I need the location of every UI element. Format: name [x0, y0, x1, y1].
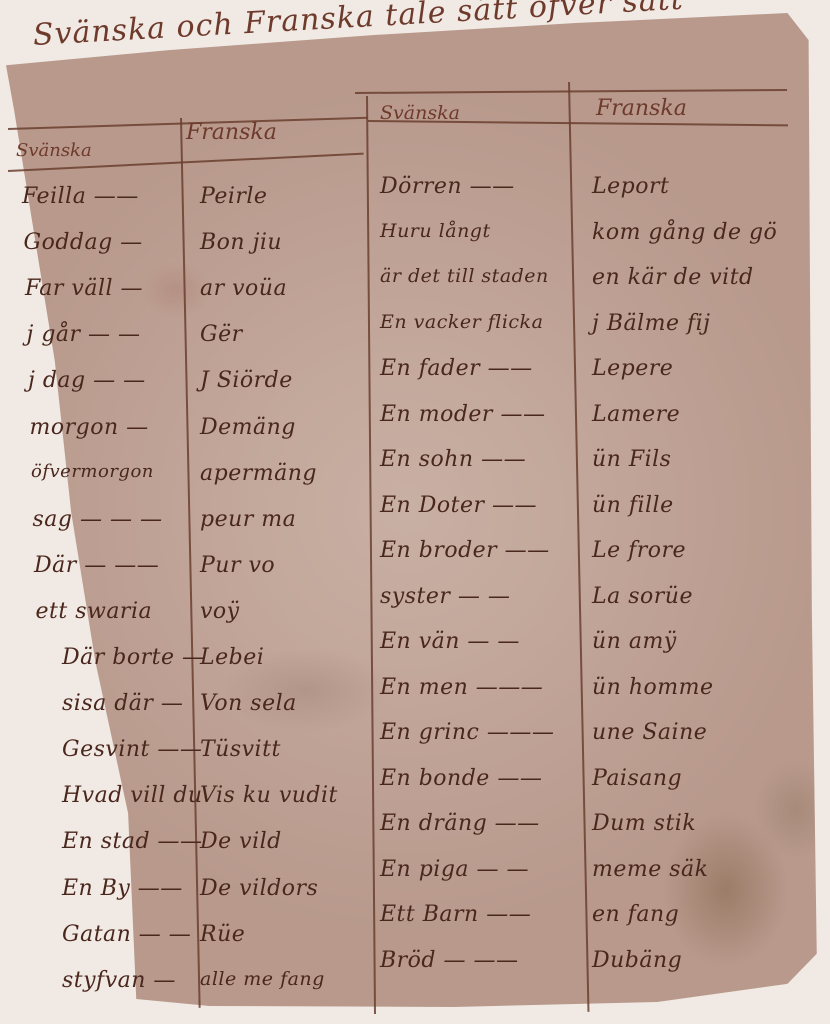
french-word: ar voüa	[200, 276, 287, 301]
swedish-word: Feilla ——	[22, 184, 139, 209]
french-word: alle me fang	[200, 968, 325, 990]
swedish-word: j går — —	[27, 322, 141, 347]
french-word: Rüe	[200, 922, 245, 947]
swedish-word: j dag — —	[28, 368, 146, 393]
page-stage: Svänska och Franska tale sätt öfver sätt…	[0, 0, 830, 1024]
swedish-word: En fader ——	[380, 356, 533, 381]
swedish-word: En dräng ——	[380, 811, 540, 836]
french-word: voÿ	[200, 599, 240, 624]
french-word: De vildors	[200, 876, 318, 901]
header-swedish-1: Svänska	[16, 140, 92, 161]
header-french-2: Franska	[596, 96, 687, 121]
french-word: ün Fils	[592, 447, 671, 472]
french-word: Gër	[200, 322, 243, 347]
swedish-word: En broder ——	[380, 538, 550, 563]
swedish-word: Hvad vill du	[62, 783, 203, 808]
french-word: J Siörde	[200, 368, 293, 393]
french-word: ün homme	[592, 675, 714, 700]
french-word: Demäng	[200, 415, 296, 440]
swedish-word: Där — ——	[34, 553, 159, 578]
swedish-word: sisa där —	[62, 691, 183, 716]
french-word: Vis ku vudit	[200, 783, 338, 808]
french-word: Dubäng	[592, 948, 682, 973]
swedish-word: Far väll —	[25, 276, 143, 301]
swedish-word: Där borte —	[62, 645, 204, 670]
swedish-word: En bonde ——	[380, 766, 542, 791]
french-word: Lamere	[592, 402, 680, 427]
swedish-word: En vän — —	[380, 629, 520, 654]
french-word: peur ma	[200, 507, 296, 532]
french-word: ün amÿ	[592, 629, 677, 654]
swedish-word: ett swaria	[36, 599, 153, 624]
swedish-word: Dörren ——	[380, 174, 515, 199]
french-word: en kär de vitd	[592, 265, 754, 290]
swedish-word: En vacker flicka	[380, 311, 543, 333]
french-word: meme säk	[592, 857, 709, 882]
french-word: Le frore	[592, 538, 686, 563]
french-word: ün fille	[592, 493, 674, 518]
french-word: La sorüe	[592, 584, 693, 609]
swedish-word: Goddag —	[24, 230, 143, 255]
swedish-word: öfvermorgon	[31, 461, 154, 482]
french-word: Von sela	[200, 691, 297, 716]
swedish-word: En men ———	[380, 675, 543, 700]
swedish-word: Ett Barn ——	[380, 902, 531, 927]
french-word: Bon jiu	[200, 230, 282, 255]
swedish-word: Gesvint ——	[62, 737, 202, 762]
swedish-word: En moder ——	[380, 402, 545, 427]
swedish-word: Bröd — ——	[380, 948, 519, 973]
swedish-word: styfvan —	[62, 968, 176, 993]
swedish-word: Gatan — —	[62, 922, 191, 947]
french-word: apermäng	[200, 461, 317, 486]
french-word: Tüsvitt	[200, 737, 281, 762]
french-word: De vild	[200, 829, 282, 854]
swedish-word: sag — — —	[33, 507, 163, 532]
swedish-word: En Doter ——	[380, 493, 537, 518]
french-word: Lepere	[592, 356, 673, 381]
french-word: en fang	[592, 902, 679, 927]
header-french-1: Franska	[186, 120, 277, 145]
swedish-word: En piga — —	[380, 857, 529, 882]
swedish-word: En By ——	[62, 876, 183, 901]
french-word: Pur vo	[200, 553, 275, 578]
french-word: Dum stik	[592, 811, 696, 836]
swedish-word: En stad ——	[62, 829, 203, 854]
swedish-word: En sohn ——	[380, 447, 526, 472]
french-word: Lebei	[200, 645, 264, 670]
swedish-word: Huru långt	[380, 220, 491, 242]
french-word: une Saine	[592, 720, 707, 745]
french-word: Peirle	[200, 184, 267, 209]
french-word: Paisang	[592, 766, 682, 791]
swedish-word: En grinc ———	[380, 720, 554, 745]
french-word: Leport	[592, 174, 669, 199]
header-swedish-2: Svänska	[380, 102, 460, 124]
swedish-word: morgon —	[30, 415, 149, 440]
swedish-word: syster — —	[380, 584, 510, 609]
french-word: kom gång de gö	[592, 220, 777, 245]
french-word: j Bälme fij	[592, 311, 711, 336]
swedish-word: är det till staden	[380, 265, 549, 287]
